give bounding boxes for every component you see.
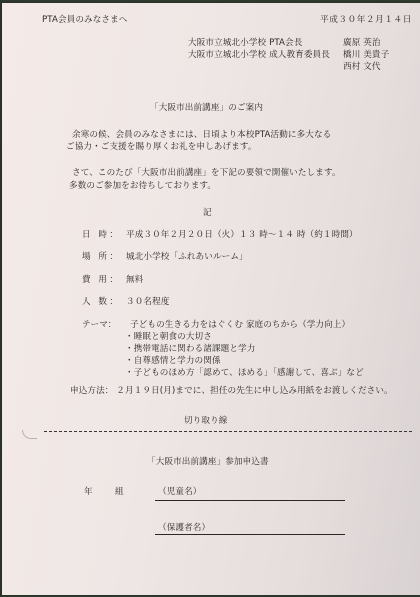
- detail-place: 場 所：城北小学校「ふれあいルーム」: [82, 252, 248, 263]
- theme-bullet: ・睡眠と朝食の大切さ: [125, 332, 212, 343]
- detail-label: 費 用：: [82, 275, 126, 286]
- notice-title: 「大阪市出前講座」のご案内: [150, 103, 263, 114]
- recipient: PTA会員のみなさまへ: [42, 15, 128, 26]
- child-name-label: （児童名）: [158, 487, 201, 498]
- detail-datetime: 日 時：平成３０年２月２０日（火）１３ 時〜１４ 時（約１時間）: [82, 230, 358, 241]
- detail-value: ３０名程度: [126, 297, 169, 307]
- greeting-line: ご協力・ご支援を賜り厚くお礼を申しあげます。: [66, 142, 257, 153]
- sender-name: 橋川 美貴子: [343, 50, 389, 61]
- sender-name: 西村 文代: [343, 62, 381, 73]
- detail-value: 城北小学校「ふれあいルーム」: [126, 252, 248, 262]
- announcement-line: 多数のご参加をお待ちしております。: [69, 181, 216, 192]
- class-label: 組: [115, 487, 124, 498]
- form-title: 「大阪市出前講座」参加申込書: [147, 457, 269, 468]
- detail-value: 子どもの生きる力をはぐくむ 家庭のちから（学力向上）: [130, 320, 350, 330]
- detail-value: 平成３０年２月２０日（火）１３ 時〜１４ 時（約１時間）: [126, 230, 358, 240]
- child-name-field[interactable]: [155, 500, 345, 501]
- detail-capacity: 人 数：３０名程度: [82, 297, 169, 308]
- sender-name: 廣原 英治: [343, 38, 381, 49]
- detail-value: 無料: [126, 275, 143, 285]
- detail-fee: 費 用：無料: [82, 275, 143, 286]
- guardian-name-field[interactable]: [155, 534, 345, 535]
- ki-heading: 記: [203, 208, 212, 219]
- sender-org: 大阪市立城北小学校 成人教育委員長: [188, 50, 330, 61]
- paper-curl-mark: [22, 430, 37, 439]
- greeting-line: 余寒の候、会員のみなさまには、日頃より本校PTA活動に多大なる: [72, 130, 331, 141]
- detail-label: 場 所：: [82, 252, 126, 263]
- theme-bullet: ・携帯電話に関わる諸課題と学力: [125, 344, 255, 355]
- paper-document: PTA会員のみなさまへ 平成３０年２月１４日 大阪市立城北小学校 PTA会長 廣…: [2, 3, 420, 595]
- issue-date: 平成３０年２月１４日: [320, 15, 412, 26]
- detail-label: 人 数：: [82, 297, 126, 308]
- theme-bullet: ・子どものほめ方「認めて、ほめる」「感謝して、喜ぶ」など: [125, 368, 364, 379]
- sender-org: 大阪市立城北小学校 PTA会長: [188, 38, 302, 49]
- guardian-name-label: （保護者名）: [158, 523, 210, 534]
- announcement-line: さて、このたび「大阪市出前講座」を下記の要領で開催いたします。: [72, 168, 341, 179]
- grade-label: 年: [84, 487, 93, 498]
- application-method: 申込方法： ２月１９日(月)までに、担任の先生に申し込み用紙をお渡しください。: [70, 386, 393, 397]
- detail-label: 日 時：: [82, 230, 126, 241]
- cut-line: [44, 431, 412, 432]
- detail-label: テーマ：: [82, 320, 130, 331]
- theme-bullet: ・自尊感情と学力の関係: [125, 356, 221, 367]
- detail-theme: テーマ：子どもの生きる力をはぐくむ 家庭のちから（学力向上）: [82, 320, 350, 331]
- cut-line-label: 切り取り線: [184, 416, 227, 427]
